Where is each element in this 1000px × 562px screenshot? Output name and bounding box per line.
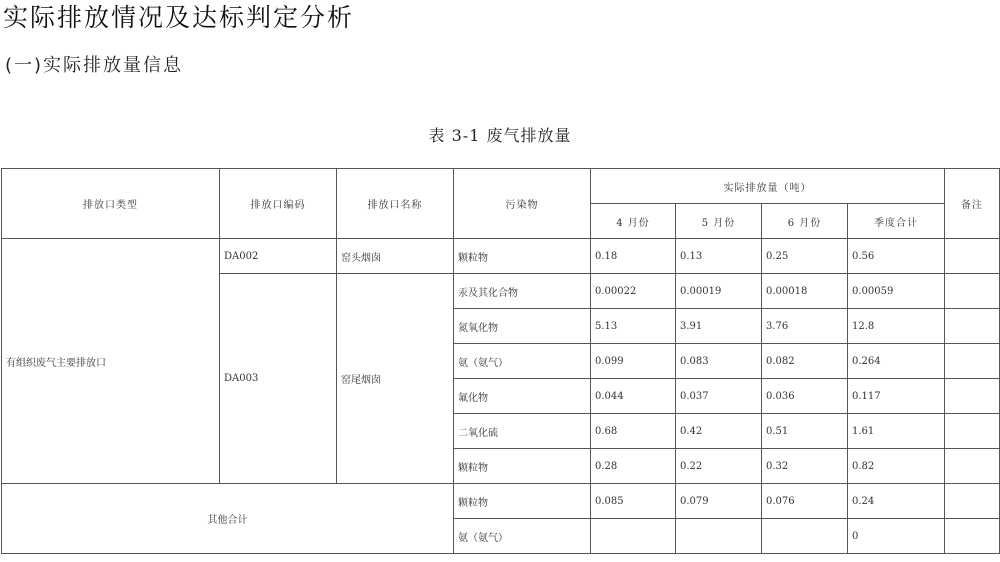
june-cell: 0.036 — [762, 379, 848, 414]
april-cell: 5.13 — [591, 309, 676, 344]
april-cell: 0.044 — [591, 379, 676, 414]
april-cell: 0.085 — [591, 484, 676, 519]
may-cell: 0.037 — [676, 379, 762, 414]
total-cell: 0.82 — [848, 449, 945, 484]
june-cell: 3.76 — [762, 309, 848, 344]
table-row: 其他合计 颗粒物 0.085 0.079 0.076 0.24 — [2, 484, 1000, 519]
total-cell: 0 — [848, 519, 945, 554]
header-quarter-total: 季度合计 — [848, 204, 945, 239]
header-april: 4 月份 — [591, 204, 676, 239]
may-cell: 0.00019 — [676, 274, 762, 309]
outlet-code-cell: DA003 — [220, 274, 337, 484]
outlet-name-cell: 窑头烟囱 — [337, 239, 454, 274]
header-pollutant: 污染物 — [454, 169, 591, 239]
pollutant-cell: 二氧化硫 — [454, 414, 591, 449]
pollutant-cell: 氟化物 — [454, 379, 591, 414]
total-cell: 0.24 — [848, 484, 945, 519]
header-june: 6 月份 — [762, 204, 848, 239]
total-cell: 0.56 — [848, 239, 945, 274]
total-cell: 1.61 — [848, 414, 945, 449]
june-cell: 0.082 — [762, 344, 848, 379]
subsection-title: (一)实际排放量信息 — [5, 53, 183, 79]
outlet-code-cell: DA002 — [220, 239, 337, 274]
april-cell — [591, 519, 676, 554]
total-cell: 0.00059 — [848, 274, 945, 309]
may-cell: 0.079 — [676, 484, 762, 519]
remarks-cell — [945, 449, 1000, 484]
may-cell: 0.22 — [676, 449, 762, 484]
may-cell: 3.91 — [676, 309, 762, 344]
pollutant-cell: 汞及其化合物 — [454, 274, 591, 309]
remarks-cell — [945, 309, 1000, 344]
header-outlet-code: 排放口编码 — [220, 169, 337, 239]
remarks-cell — [945, 379, 1000, 414]
may-cell: 0.083 — [676, 344, 762, 379]
emissions-table: 排放口类型 排放口编码 排放口名称 污染物 实际排放量（吨） 备注 4 月份 5… — [1, 168, 1000, 554]
header-may: 5 月份 — [676, 204, 762, 239]
other-total-label-cell: 其他合计 — [2, 484, 454, 554]
header-actual-emission: 实际排放量（吨） — [591, 169, 945, 204]
table-caption: 表 3-1 废气排放量 — [0, 124, 1000, 148]
pollutant-cell: 颗粒物 — [454, 239, 591, 274]
pollutant-cell: 氨（氨气） — [454, 344, 591, 379]
april-cell: 0.00022 — [591, 274, 676, 309]
june-cell: 0.25 — [762, 239, 848, 274]
may-cell: 0.42 — [676, 414, 762, 449]
april-cell: 0.68 — [591, 414, 676, 449]
june-cell: 0.076 — [762, 484, 848, 519]
april-cell: 0.099 — [591, 344, 676, 379]
remarks-cell — [945, 519, 1000, 554]
june-cell: 0.32 — [762, 449, 848, 484]
remarks-cell — [945, 344, 1000, 379]
section-title: 实际排放情况及达标判定分析 — [3, 2, 354, 34]
outlet-name-cell: 窑尾烟囱 — [337, 274, 454, 484]
header-remarks: 备注 — [945, 169, 1000, 239]
remarks-cell — [945, 414, 1000, 449]
may-cell: 0.13 — [676, 239, 762, 274]
pollutant-cell: 氮氧化物 — [454, 309, 591, 344]
remarks-cell — [945, 484, 1000, 519]
table-row: 有组织废气主要排放口 DA002 窑头烟囱 颗粒物 0.18 0.13 0.25… — [2, 239, 1000, 274]
total-cell: 0.117 — [848, 379, 945, 414]
total-cell: 12.8 — [848, 309, 945, 344]
pollutant-cell: 颗粒物 — [454, 449, 591, 484]
header-row-1: 排放口类型 排放口编码 排放口名称 污染物 实际排放量（吨） 备注 — [2, 169, 1000, 204]
header-outlet-name: 排放口名称 — [337, 169, 454, 239]
june-cell: 0.00018 — [762, 274, 848, 309]
april-cell: 0.18 — [591, 239, 676, 274]
may-cell — [676, 519, 762, 554]
header-outlet-type: 排放口类型 — [2, 169, 220, 239]
pollutant-cell: 颗粒物 — [454, 484, 591, 519]
april-cell: 0.28 — [591, 449, 676, 484]
june-cell — [762, 519, 848, 554]
june-cell: 0.51 — [762, 414, 848, 449]
remarks-cell — [945, 239, 1000, 274]
pollutant-cell: 氨（氨气） — [454, 519, 591, 554]
remarks-cell — [945, 274, 1000, 309]
total-cell: 0.264 — [848, 344, 945, 379]
outlet-type-cell: 有组织废气主要排放口 — [2, 239, 220, 484]
